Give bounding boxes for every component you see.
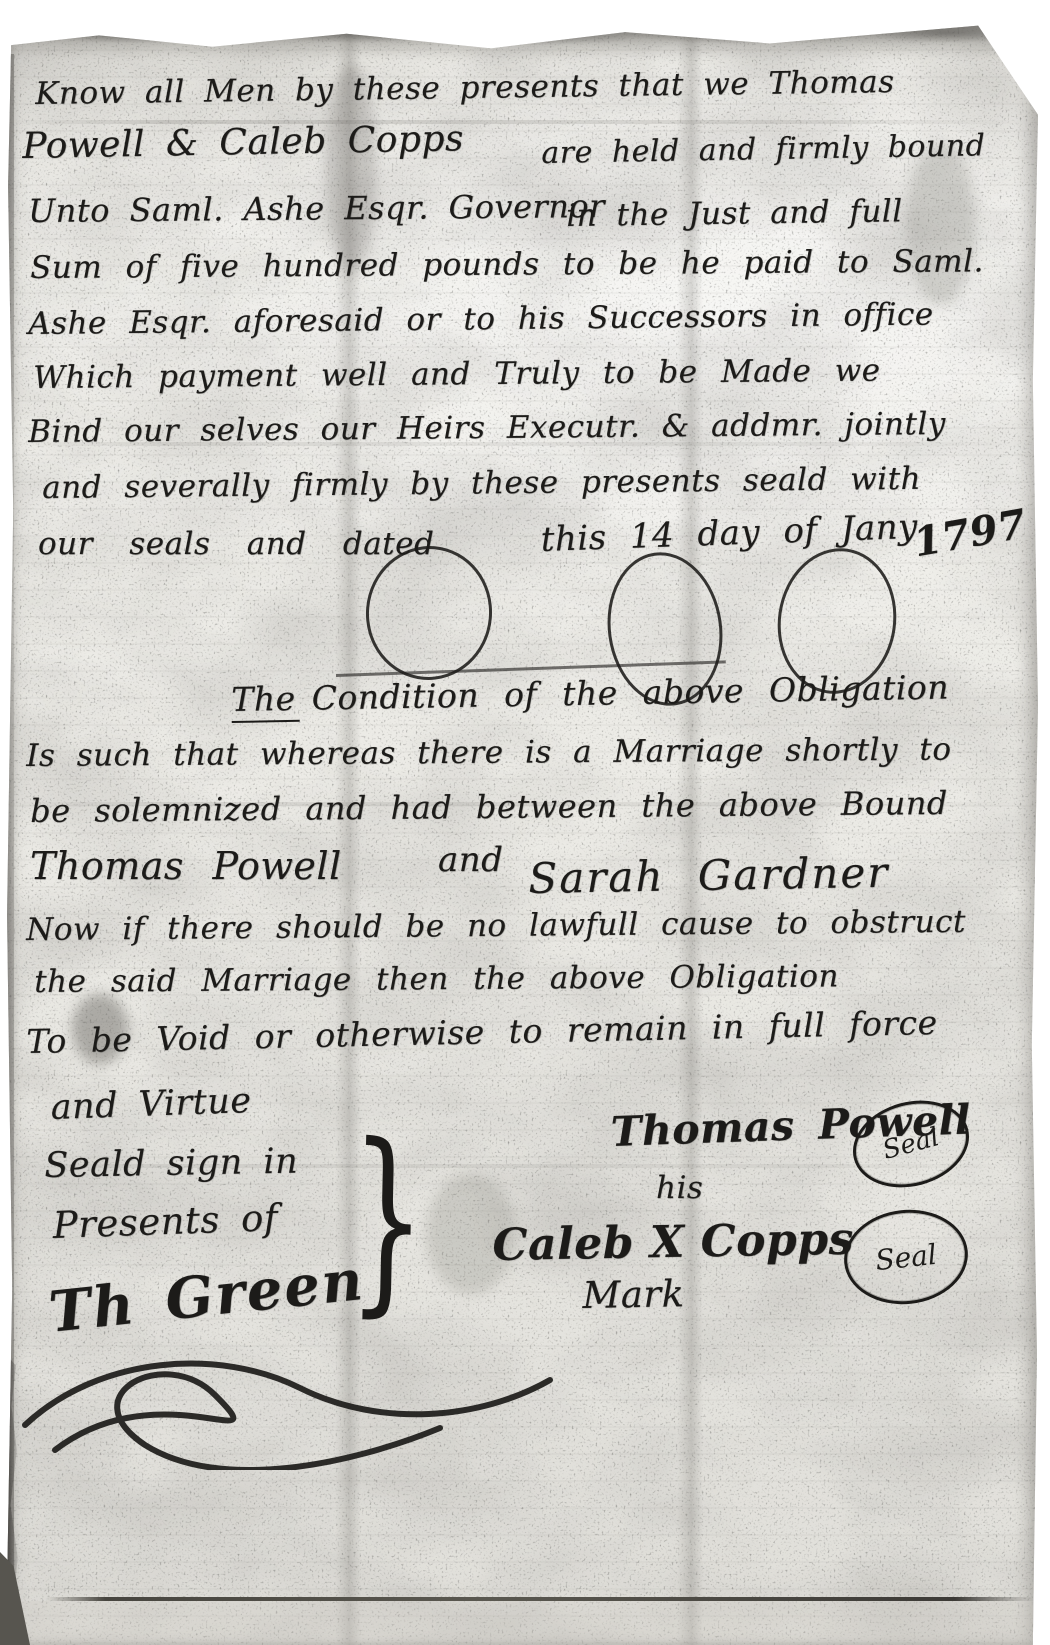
bride-name: Sarah Gardner bbox=[528, 848, 890, 903]
condition-line: be solemnized and had between the above … bbox=[30, 784, 948, 830]
condition-heading-the: The bbox=[231, 679, 300, 723]
seal-label: Seal bbox=[874, 1237, 939, 1276]
bond-line: Which payment well and Truly to be Made … bbox=[33, 353, 881, 396]
seal-label: Seal bbox=[880, 1122, 943, 1166]
left-paper-edge bbox=[7, 54, 14, 1614]
condition-line: the said Marriage then the above Obligat… bbox=[34, 958, 839, 1000]
his-mark-post: Mark bbox=[582, 1272, 685, 1317]
bond-date-line: this 14 day of Jany bbox=[540, 507, 918, 560]
bond-line: and severally firmly by these presents s… bbox=[42, 461, 921, 506]
seal-badge-copps: Seal bbox=[839, 1204, 972, 1310]
attestation-line: Presents of bbox=[52, 1196, 279, 1247]
torn-top-edge bbox=[6, 24, 1038, 60]
bond-line-governor: Unto Saml. Ashe Esqr. Governor bbox=[28, 187, 605, 230]
attestation-line: and Virtue bbox=[50, 1081, 252, 1128]
his-mark-pre: his bbox=[656, 1170, 703, 1206]
bond-line: our seals and dated bbox=[38, 526, 434, 562]
bottom-fold-line bbox=[46, 1597, 1034, 1601]
below-fold-band bbox=[6, 1601, 1038, 1645]
paper-sheet: Know all Men by these presents that we T… bbox=[6, 24, 1038, 1645]
copps-surname: Copps bbox=[700, 1214, 854, 1268]
condition-heading-rest: Condition of the above Obligation bbox=[311, 667, 949, 717]
bond-line: Ashe Esqr. aforesaid or to his Successor… bbox=[28, 297, 934, 342]
bond-line-sum: Sum of five hundred pounds to be he paid… bbox=[30, 243, 984, 286]
condition-line: To be Void or otherwise to remain in ful… bbox=[26, 1003, 938, 1061]
ink-smudge bbox=[906, 144, 976, 304]
signature-flourish bbox=[10, 1340, 570, 1470]
his-mark-x: X bbox=[633, 1216, 701, 1268]
bond-line: are held and firmly bound bbox=[541, 128, 986, 171]
condition-and: and bbox=[438, 840, 503, 880]
bond-year: 1797 bbox=[910, 500, 1030, 566]
flourish-loop bbox=[360, 541, 497, 685]
bond-line: Know all Men by these presents that we T… bbox=[35, 64, 895, 112]
bond-line: in the Just and full bbox=[566, 193, 903, 234]
witness-signature: Th Green bbox=[46, 1247, 367, 1346]
copps-given-name: Caleb bbox=[492, 1218, 634, 1271]
condition-line: Now if there should be no lawfull cause … bbox=[26, 904, 966, 948]
principal-signature-copps: CalebXCopps bbox=[492, 1214, 854, 1271]
attestation-line: Seald sign in bbox=[44, 1142, 298, 1186]
condition-line: Is such that whereas there is a Marriage… bbox=[26, 732, 952, 774]
bond-line-obligors: Powell & Caleb Copps bbox=[22, 118, 464, 167]
condition-heading: TheCondition of the above Obligation bbox=[231, 667, 949, 723]
groom-name: Thomas Powell bbox=[30, 844, 342, 888]
scanned-document: Know all Men by these presents that we T… bbox=[0, 0, 1050, 1645]
bond-line: Bind our selves our Heirs Executr. & add… bbox=[28, 406, 946, 450]
